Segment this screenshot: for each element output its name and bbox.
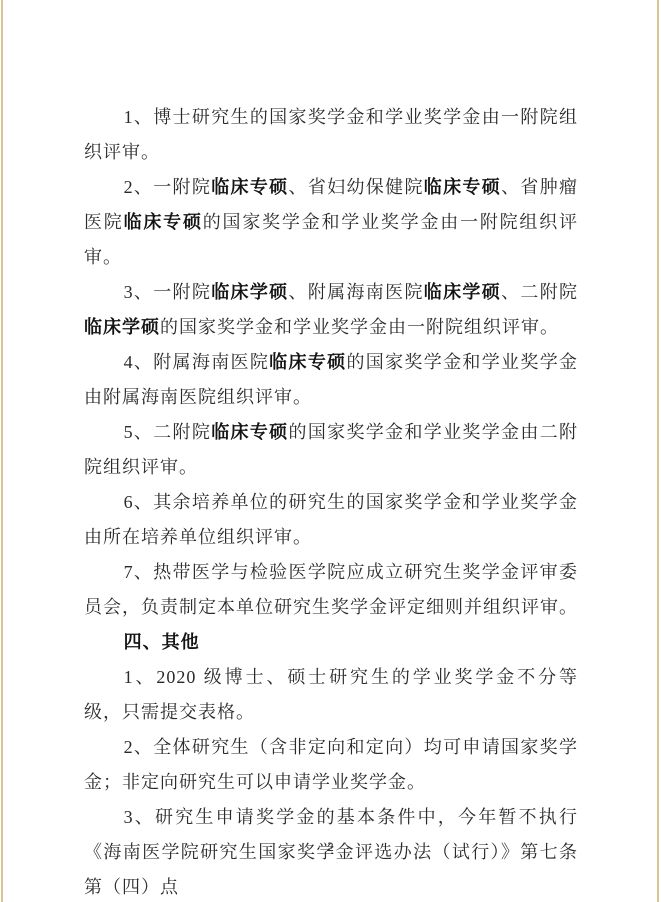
page-border-right bbox=[657, 0, 659, 902]
paragraph: 4、附属海南医院临床专硕的国家奖学金和学业奖学金由附属海南医院组织评审。 bbox=[84, 345, 578, 415]
text-segment: 3、一附院 bbox=[124, 282, 212, 302]
bold-text-segment: 临床专硕 bbox=[211, 422, 288, 442]
bold-text-segment: 临床专硕 bbox=[211, 177, 288, 197]
paragraph: 7、热带医学与检验医学院应成立研究生奖学金评审委员会，负责制定本单位研究生奖学金… bbox=[84, 555, 578, 625]
page-number: 2 bbox=[0, 838, 661, 856]
bold-text-segment: 临床专硕 bbox=[424, 177, 501, 197]
bold-text-segment: 临床学硕 bbox=[424, 282, 501, 302]
paragraph: 1、博士研究生的国家奖学金和学业奖学金由一附院组织评审。 bbox=[84, 100, 578, 170]
text-segment: 7、热带医学与检验医学院应成立研究生奖学金评审委员会，负责制定本单位研究生奖学金… bbox=[84, 562, 578, 617]
text-segment: 的国家奖学金和学业奖学金由一附院组织评审。 bbox=[160, 317, 559, 337]
paragraph: 3、一附院临床学硕、附属海南医院临床学硕、二附院临床学硕的国家奖学金和学业奖学金… bbox=[84, 275, 578, 345]
text-segment: 1、2020 级博士、硕士研究生的学业奖学金不分等级，只需提交表格。 bbox=[84, 667, 578, 722]
paragraph: 1、2020 级博士、硕士研究生的学业奖学金不分等级，只需提交表格。 bbox=[84, 660, 578, 730]
text-segment: 6、其余培养单位的研究生的国家奖学金和学业奖学金由所在培养单位组织评审。 bbox=[84, 492, 578, 547]
paragraph: 6、其余培养单位的研究生的国家奖学金和学业奖学金由所在培养单位组织评审。 bbox=[84, 485, 578, 555]
text-segment: 2、全体研究生（含非定向和定向）均可申请国家奖学金；非定向研究生可以申请学业奖学… bbox=[84, 737, 578, 792]
bold-text-segment: 临床专硕 bbox=[269, 352, 346, 372]
text-segment: 4、附属海南医院 bbox=[124, 352, 270, 372]
paragraph: 2、全体研究生（含非定向和定向）均可申请国家奖学金；非定向研究生可以申请学业奖学… bbox=[84, 730, 578, 800]
bold-text-segment: 四、其他 bbox=[124, 632, 200, 652]
bold-text-segment: 临床专硕 bbox=[124, 212, 203, 232]
page-border-left bbox=[1, 0, 3, 902]
text-segment: 5、二附院 bbox=[124, 422, 212, 442]
text-segment: 、附属海南医院 bbox=[289, 282, 424, 302]
paragraph: 2、一附院临床专硕、省妇幼保健院临床专硕、省肿瘤医院临床专硕的国家奖学金和学业奖… bbox=[84, 170, 578, 275]
text-segment: 1、博士研究生的国家奖学金和学业奖学金由一附院组织评审。 bbox=[84, 107, 578, 162]
text-segment: 、省妇幼保健院 bbox=[289, 177, 424, 197]
section-heading: 四、其他 bbox=[84, 625, 578, 660]
document-body: 1、博士研究生的国家奖学金和学业奖学金由一附院组织评审。2、一附院临床专硕、省妇… bbox=[84, 100, 578, 902]
paragraph: 5、二附院临床专硕的国家奖学金和学业奖学金由二附院组织评审。 bbox=[84, 415, 578, 485]
text-segment: 2、一附院 bbox=[124, 177, 212, 197]
text-segment: 、二附院 bbox=[501, 282, 578, 302]
bold-text-segment: 临床学硕 bbox=[84, 317, 160, 337]
bold-text-segment: 临床学硕 bbox=[211, 282, 288, 302]
